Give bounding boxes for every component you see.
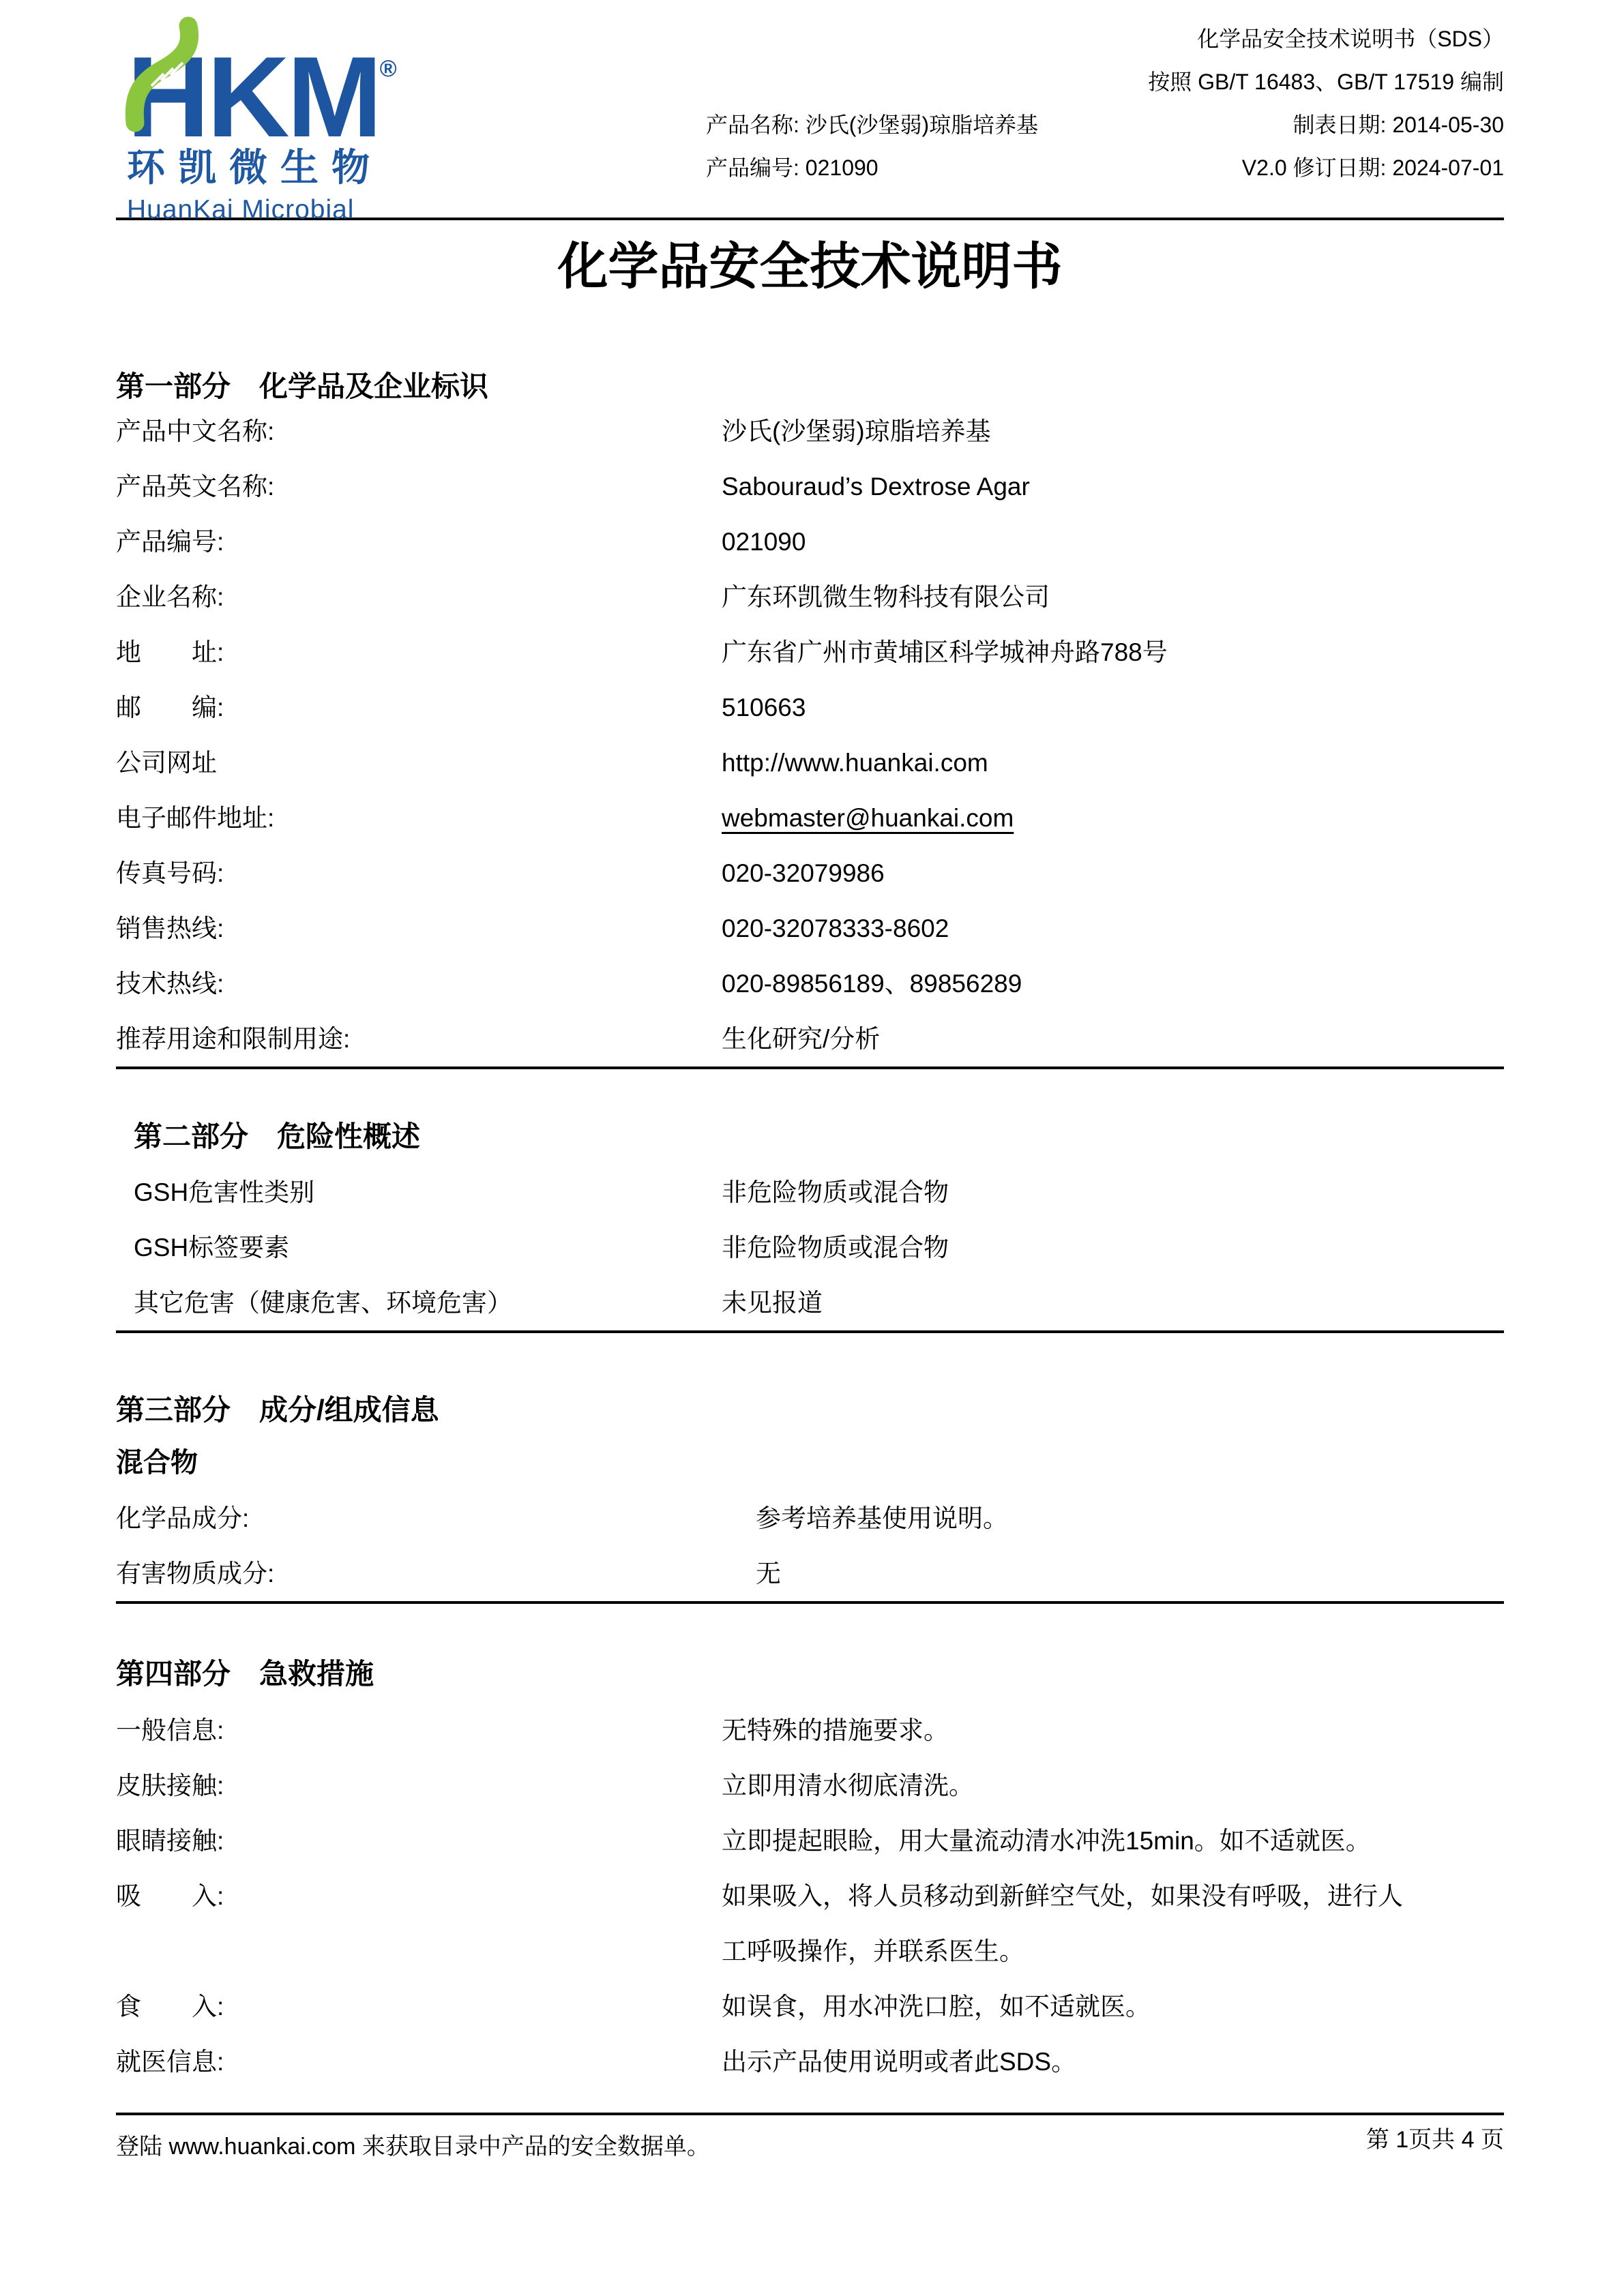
- section-2-heading: 第二部分 危险性概述: [134, 1120, 1504, 1154]
- field-row: 有害物质成分:无: [116, 1546, 1504, 1601]
- product-name-line: 产品名称: 沙氏(沙堡弱)琼脂培养基 制表日期: 2014-05-30: [706, 104, 1504, 147]
- field-row: 销售热线:020-32078333-8602: [116, 901, 1504, 956]
- field-row: 电子邮件地址:webmaster@huankai.com: [116, 790, 1504, 846]
- page-header: HKM® 环凯微生物 HuanKai Microbial 化学品安全技术说明书（…: [116, 0, 1504, 220]
- field-row: 产品英文名称:Sabouraud’s Dextrose Agar: [116, 459, 1504, 514]
- header-created-date: 制表日期: 2014-05-30: [1293, 104, 1504, 147]
- field-row: GSH标签要素非危险物质或混合物: [134, 1220, 1504, 1275]
- field-row: 邮 编:510663: [116, 680, 1504, 735]
- header-product-code: 产品编号: 021090: [706, 147, 879, 190]
- field-row: 食 入:如误食，用水冲洗口腔，如不适就医。: [116, 1979, 1504, 2034]
- registered-trademark-icon: ®: [380, 56, 397, 82]
- page-footer: 登陆 www.huankai.com 来获取目录中产品的安全数据单。 第 1页共…: [116, 2113, 1504, 2161]
- field-row: 吸 入:如果吸入，将人员移动到新鲜空气处，如果没有呼吸，进行人工呼吸操作，并联系…: [116, 1868, 1504, 1979]
- page-number: 第 1页共 4 页: [1366, 2121, 1504, 2154]
- section-1-heading: 第一部分 化学品及企业标识: [116, 370, 1504, 404]
- section-4-heading: 第四部分 急救措施: [116, 1657, 1504, 1691]
- logo-english-name: HuanKai Microbial: [127, 195, 420, 225]
- section-2-body: GSH危害性类别非危险物质或混合物 GSH标签要素非危险物质或混合物 其它危害（…: [134, 1165, 1504, 1330]
- doc-type-line: 化学品安全技术说明书（SDS）: [706, 18, 1504, 61]
- section-divider: [116, 1601, 1504, 1604]
- field-row: 就医信息:出示产品使用说明或者此SDS。: [116, 2034, 1504, 2089]
- field-row: 一般信息:无特殊的措施要求。: [116, 1703, 1504, 1758]
- mixture-subheading: 混合物: [116, 1435, 1504, 1491]
- company-logo: HKM® 环凯微生物 HuanKai Microbial: [127, 18, 420, 225]
- sds-page: HKM® 环凯微生物 HuanKai Microbial 化学品安全技术说明书（…: [0, 0, 1624, 2296]
- field-row: 企业名称:广东环凯微生物科技有限公司: [116, 569, 1504, 625]
- field-row: GSH危害性类别非危险物质或混合物: [134, 1165, 1504, 1220]
- header-info: 化学品安全技术说明书（SDS） 按照 GB/T 16483、GB/T 17519…: [706, 18, 1504, 190]
- website-url: http://www.huankai.com: [722, 735, 1504, 790]
- field-row: 技术热线:020-89856189、89856289: [116, 956, 1504, 1011]
- section-divider: [116, 1330, 1504, 1333]
- footer-note: 登陆 www.huankai.com 来获取目录中产品的安全数据单。: [116, 2128, 710, 2161]
- logo-acronym: HKM: [127, 33, 380, 161]
- field-row: 眼睛接触:立即提起眼睑，用大量流动清水冲洗15min。如不适就医。: [116, 1813, 1504, 1868]
- page-title: 化学品安全技术说明书: [116, 238, 1504, 295]
- field-row: 产品编号:021090: [116, 514, 1504, 569]
- product-code-line: 产品编号: 021090 V2.0 修订日期: 2024-07-01: [706, 147, 1504, 190]
- field-row: 皮肤接触:立即用清水彻底清洗。: [116, 1758, 1504, 1813]
- section-divider: [116, 1067, 1504, 1069]
- section-4-body: 一般信息:无特殊的措施要求。 皮肤接触:立即用清水彻底清洗。 眼睛接触:立即提起…: [116, 1703, 1504, 2089]
- section-3-body: 化学品成分:参考培养基使用说明。 有害物质成分:无: [116, 1491, 1504, 1601]
- section-1-body: 产品中文名称:沙氏(沙堡弱)琼脂培养基 产品英文名称:Sabouraud’s D…: [116, 404, 1504, 1067]
- field-row: 推荐用途和限制用途:生化研究/分析: [116, 1011, 1504, 1067]
- field-row: 地 址:广东省广州市黄埔区科学城神舟路788号: [116, 625, 1504, 680]
- email-link[interactable]: webmaster@huankai.com: [722, 790, 1504, 846]
- field-row: 其它危害（健康危害、环境危害）未见报道: [134, 1275, 1504, 1330]
- header-revision-date: V2.0 修订日期: 2024-07-01: [1242, 147, 1504, 190]
- field-row: 公司网址http://www.huankai.com: [116, 735, 1504, 790]
- field-row: 产品中文名称:沙氏(沙堡弱)琼脂培养基: [116, 404, 1504, 459]
- standard-line: 按照 GB/T 16483、GB/T 17519 编制: [706, 61, 1504, 104]
- section-3-heading: 第三部分 成分/组成信息: [116, 1393, 1504, 1427]
- field-row: 传真号码:020-32079986: [116, 846, 1504, 901]
- header-product-name: 产品名称: 沙氏(沙堡弱)琼脂培养基: [706, 104, 1038, 147]
- field-row: 化学品成分:参考培养基使用说明。: [116, 1491, 1504, 1546]
